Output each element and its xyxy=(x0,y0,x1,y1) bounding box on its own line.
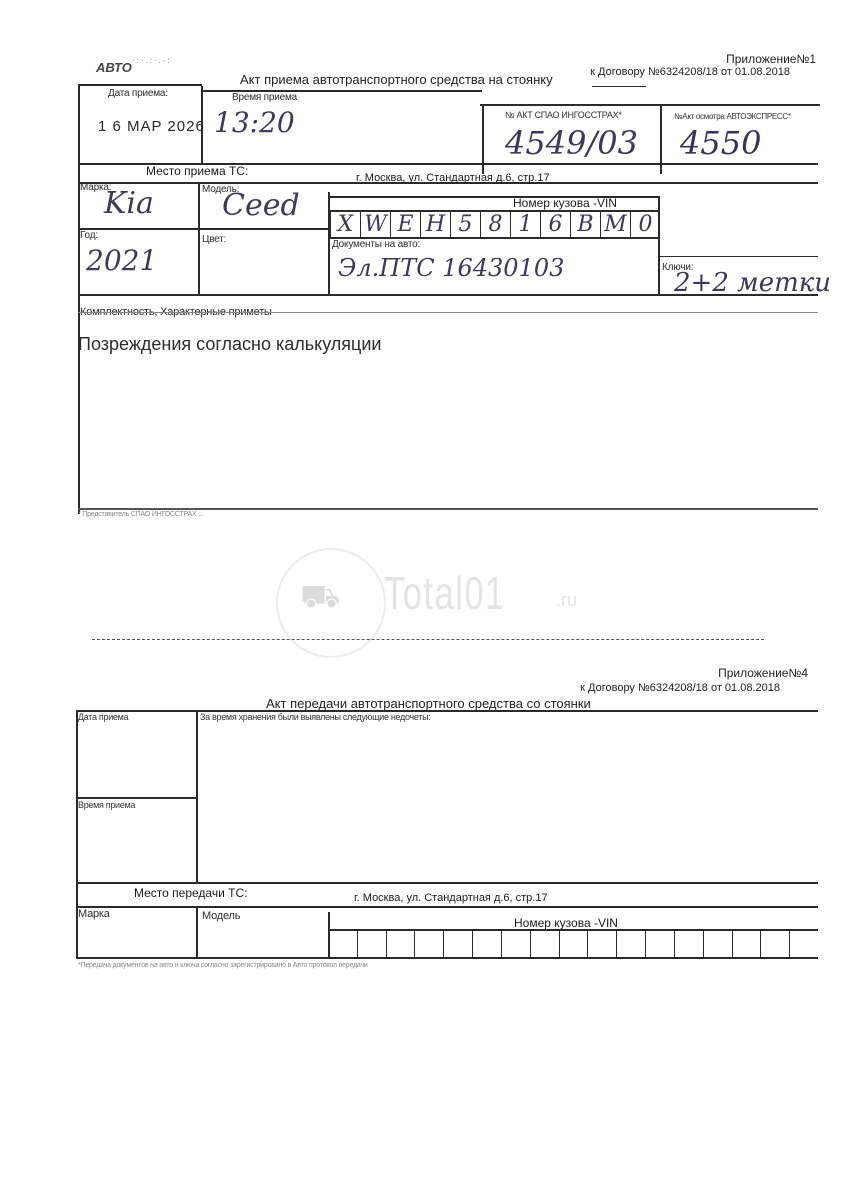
act1-year-value: 2021 xyxy=(86,244,157,277)
act2-date-label: Дата приема xyxy=(78,712,128,722)
vin-char-cell: 8 xyxy=(480,211,510,237)
vin-char-cell: E xyxy=(390,211,420,237)
act1-vin-boxes: XWEH5816BM0 xyxy=(330,211,660,237)
vin-empty-cell xyxy=(616,930,645,958)
act1-contract: к Договору №6324208/18 от 01.08.2018 xyxy=(590,66,790,78)
act2-place-label: Место передачи ТС: xyxy=(134,886,247,900)
act2-contract: к Договору №6324208/18 от 01.08.2018 xyxy=(580,682,780,694)
act1-ingos-label: № АКТ СПАО ИНГОССТРАХ* xyxy=(505,110,622,120)
act1-docs-value: Эл.ПТС 16430103 xyxy=(338,254,564,282)
act1-time-value: 13:20 xyxy=(214,106,295,139)
act1-color-label: Цвет: xyxy=(202,234,226,245)
act1-year-label: Год: xyxy=(80,230,98,241)
logo: АВТО xyxy=(96,60,132,75)
act1-equipment-value: Позреждения согласно калькуляции xyxy=(78,334,381,355)
act1-date-label: Дата приема: xyxy=(108,88,168,99)
act2-model-label: Модель xyxy=(202,910,240,922)
act2-vin-boxes xyxy=(328,930,818,958)
title-underline xyxy=(592,86,646,87)
vin-char-cell: H xyxy=(420,211,450,237)
vin-empty-cell xyxy=(789,930,818,958)
vin-empty-cell xyxy=(530,930,559,958)
act1-date-value: 1 6 MAP 2026 xyxy=(98,118,205,135)
vin-char-cell: 6 xyxy=(540,211,570,237)
car-icon: ⛟ xyxy=(300,578,340,619)
cut-line xyxy=(92,639,764,640)
act1-inspect-label: №Акт осмотра АВТОЭКСПРЕСС* xyxy=(674,112,791,121)
act1-footnote: * Представитель СПАО ИНГОССТРАХ ... xyxy=(78,511,203,518)
act2-title: Акт передачи автотранспортного средства … xyxy=(266,696,591,711)
vin-char-cell: X xyxy=(330,211,360,237)
vin-empty-cell xyxy=(674,930,703,958)
act2-defects-label: За время хранения были выявлены следующи… xyxy=(200,712,430,722)
vin-empty-cell xyxy=(559,930,588,958)
act1-inspect-value: 4550 xyxy=(680,124,761,162)
vin-empty-cell xyxy=(760,930,789,958)
vin-empty-cell xyxy=(501,930,530,958)
act2-vin-label: Номер кузова -VIN xyxy=(514,916,618,930)
act1-docs-label: Документы на авто: xyxy=(332,239,420,250)
vin-empty-cell xyxy=(386,930,415,958)
act1-place-value: г. Москва, ул. Стандартная д.6, стр.17 xyxy=(356,172,550,184)
act2-time-label: Время приема xyxy=(78,800,135,810)
act2-appendix: Приложение№4 xyxy=(718,666,808,680)
vin-char-cell: M xyxy=(600,211,630,237)
act1-appendix: Приложение№1 xyxy=(726,52,816,66)
act1-ingos-value: 4549/03 xyxy=(505,124,638,162)
act2-footnote: *Передача документов на авто и ключа сог… xyxy=(78,962,368,969)
watermark-suffix: .ru xyxy=(556,590,577,611)
vin-empty-cell xyxy=(587,930,616,958)
vin-empty-cell xyxy=(645,930,674,958)
vin-char-cell: 5 xyxy=(450,211,480,237)
vin-char-cell: B xyxy=(570,211,600,237)
vin-char-cell: 0 xyxy=(630,211,660,237)
vin-empty-cell xyxy=(357,930,386,958)
vin-empty-cell xyxy=(703,930,732,958)
act1-model-value: Ceed xyxy=(222,188,300,223)
watermark-text: Total01 xyxy=(384,566,506,620)
act1-brand-value: Kia xyxy=(104,186,154,221)
act1-place-label: Место приема ТС: xyxy=(146,164,248,178)
act1-time-label: Время приема xyxy=(232,92,297,103)
act1-title: Акт приема автотранспортного средства на… xyxy=(240,72,553,87)
vin-empty-cell xyxy=(443,930,472,958)
logo-noise: ·:·.:·.·: xyxy=(132,56,172,65)
act2-brand-label: Марка xyxy=(78,908,110,920)
act1-vin-label: Номер кузова -VIN xyxy=(513,196,617,210)
vin-empty-cell xyxy=(472,930,501,958)
act2-place-value: г. Москва, ул. Стандартная д.6, стр.17 xyxy=(354,892,548,904)
vin-empty-cell xyxy=(414,930,443,958)
vin-char-cell: 1 xyxy=(510,211,540,237)
vin-empty-cell xyxy=(328,930,357,958)
vin-char-cell: W xyxy=(360,211,390,237)
vin-empty-cell xyxy=(732,930,761,958)
